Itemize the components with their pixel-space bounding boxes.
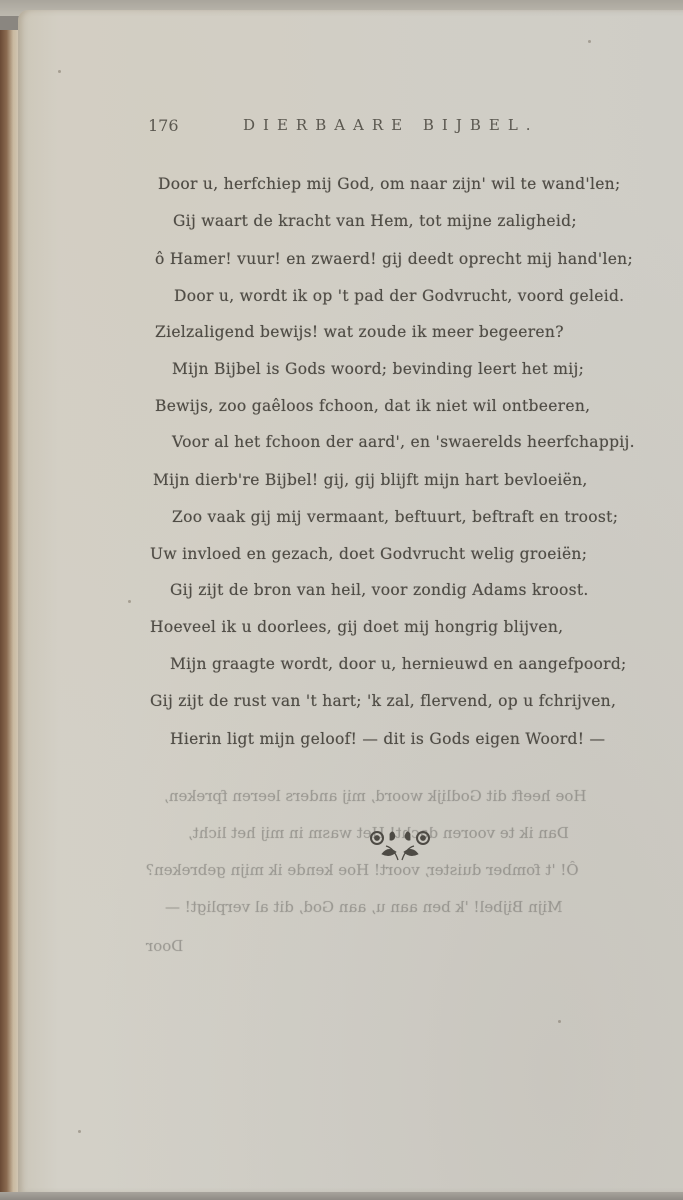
bleed-line: Hoe heeft dit Godlijk woord, mij anders …	[164, 787, 586, 805]
poem-line: Gij zijt de rust van 't hart; 'k zal, fl…	[150, 692, 616, 710]
paper-speck	[58, 70, 61, 73]
poem-line: Voor al het fchoon der aard', en 'swaere…	[172, 433, 635, 451]
poem-line: Hoeveel ik u doorlees, gij doet mij hong…	[150, 618, 563, 636]
paper-speck	[128, 600, 131, 603]
poem-line: Uw invloed en gezach, doet Godvrucht wel…	[150, 545, 587, 563]
poem-line: Zielzaligend bewijs! wat zoude ik meer b…	[155, 323, 564, 341]
poem-line: Gij waart de kracht van Hem, tot mijne z…	[173, 212, 577, 230]
paper-speck	[558, 1020, 561, 1023]
bleed-line: Mijn Bijbel! 'k ben aan u, aan God, dit …	[165, 898, 563, 916]
poem-line: Mijn dierb're Bijbel! gij, gij blijft mi…	[153, 471, 588, 489]
poem-line: Hierin ligt mijn geloof! — dit is Gods e…	[170, 730, 605, 748]
poem-line: Bewijs, zoo gaêloos fchoon, dat ik niet …	[155, 397, 590, 415]
page-header: 176 DIERBAARE BIJBEL.	[148, 116, 608, 140]
running-title: DIERBAARE BIJBEL.	[243, 116, 539, 134]
floral-tailpiece-icon	[368, 828, 432, 864]
poem-line: Mijn graagte wordt, door u, hernieuwd en…	[170, 655, 627, 673]
poem-line: Door u, wordt ik op 't pad der Godvrucht…	[174, 287, 624, 305]
page-bottom-edge	[0, 1192, 683, 1200]
poem-line: ô Hamer! vuur! en zwaerd! gij deedt opre…	[155, 250, 633, 268]
poem-line: Gij zijt de bron van heil, voor zondig A…	[170, 581, 589, 599]
page-number: 176	[148, 116, 179, 135]
poem-line: Mijn Bijbel is Gods woord; bevinding lee…	[172, 360, 584, 378]
bleed-line: Ô! 't fomber duister, voort! Hoe kende i…	[146, 861, 579, 879]
poem-line: Door u, herfchiep mij God, om naar zijn'…	[158, 175, 621, 193]
poem-line: Zoo vaak gij mij vermaant, beftuurt, bef…	[172, 508, 618, 526]
paper-speck	[588, 40, 591, 43]
paper-speck	[78, 1130, 81, 1133]
bleed-line: Door	[146, 937, 183, 955]
